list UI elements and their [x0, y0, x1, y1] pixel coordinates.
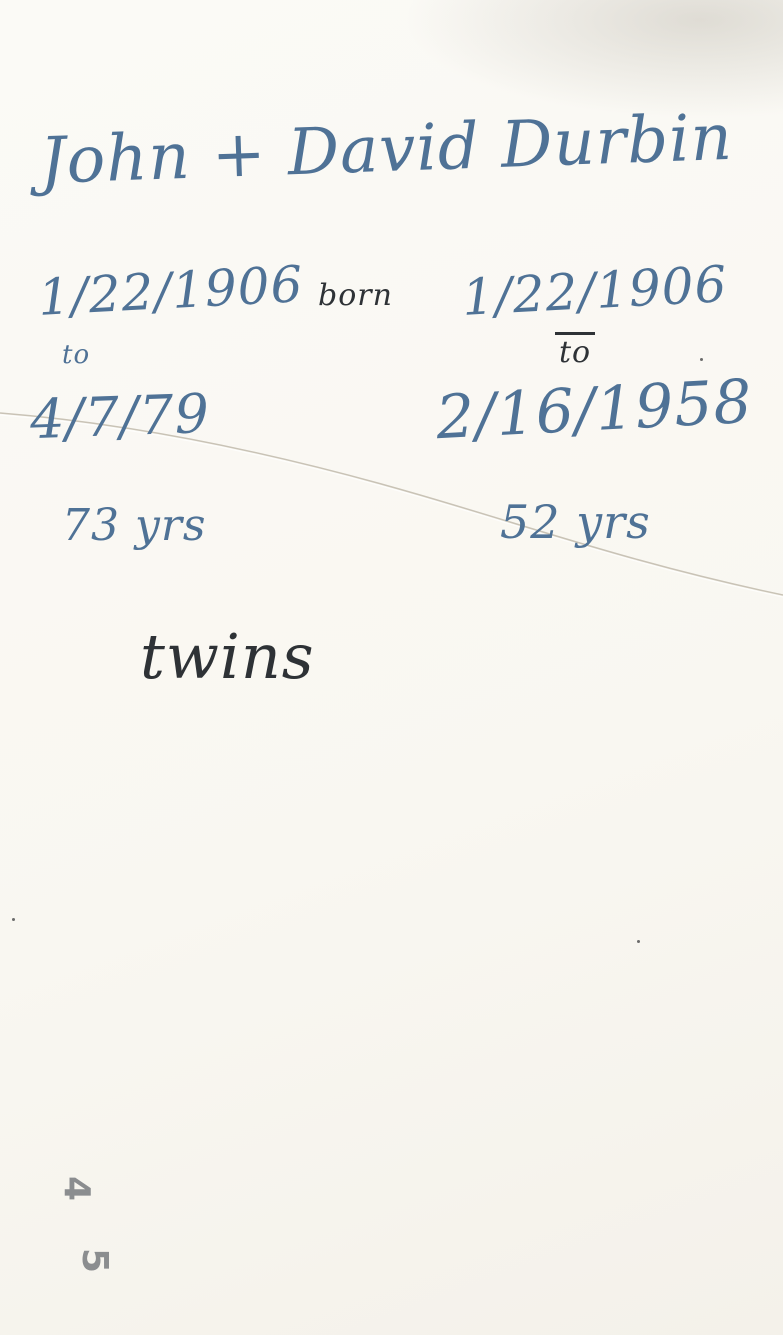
- stamp-number-5: 5: [74, 1248, 115, 1273]
- twins-note: twins: [140, 620, 315, 693]
- john-to-label: to: [62, 340, 90, 370]
- stamp-number-4: 4: [56, 1176, 97, 1201]
- paper-speck: [637, 940, 640, 943]
- john-death-date: 4/7/79: [29, 382, 211, 451]
- born-label: born: [318, 278, 393, 313]
- david-to-label: to: [555, 332, 595, 370]
- david-age: 52 yrs: [500, 495, 651, 549]
- photo-back-paper: [0, 0, 783, 1335]
- paper-speck: [12, 918, 15, 921]
- john-age: 73 yrs: [62, 500, 206, 551]
- paper-speck: [700, 358, 703, 361]
